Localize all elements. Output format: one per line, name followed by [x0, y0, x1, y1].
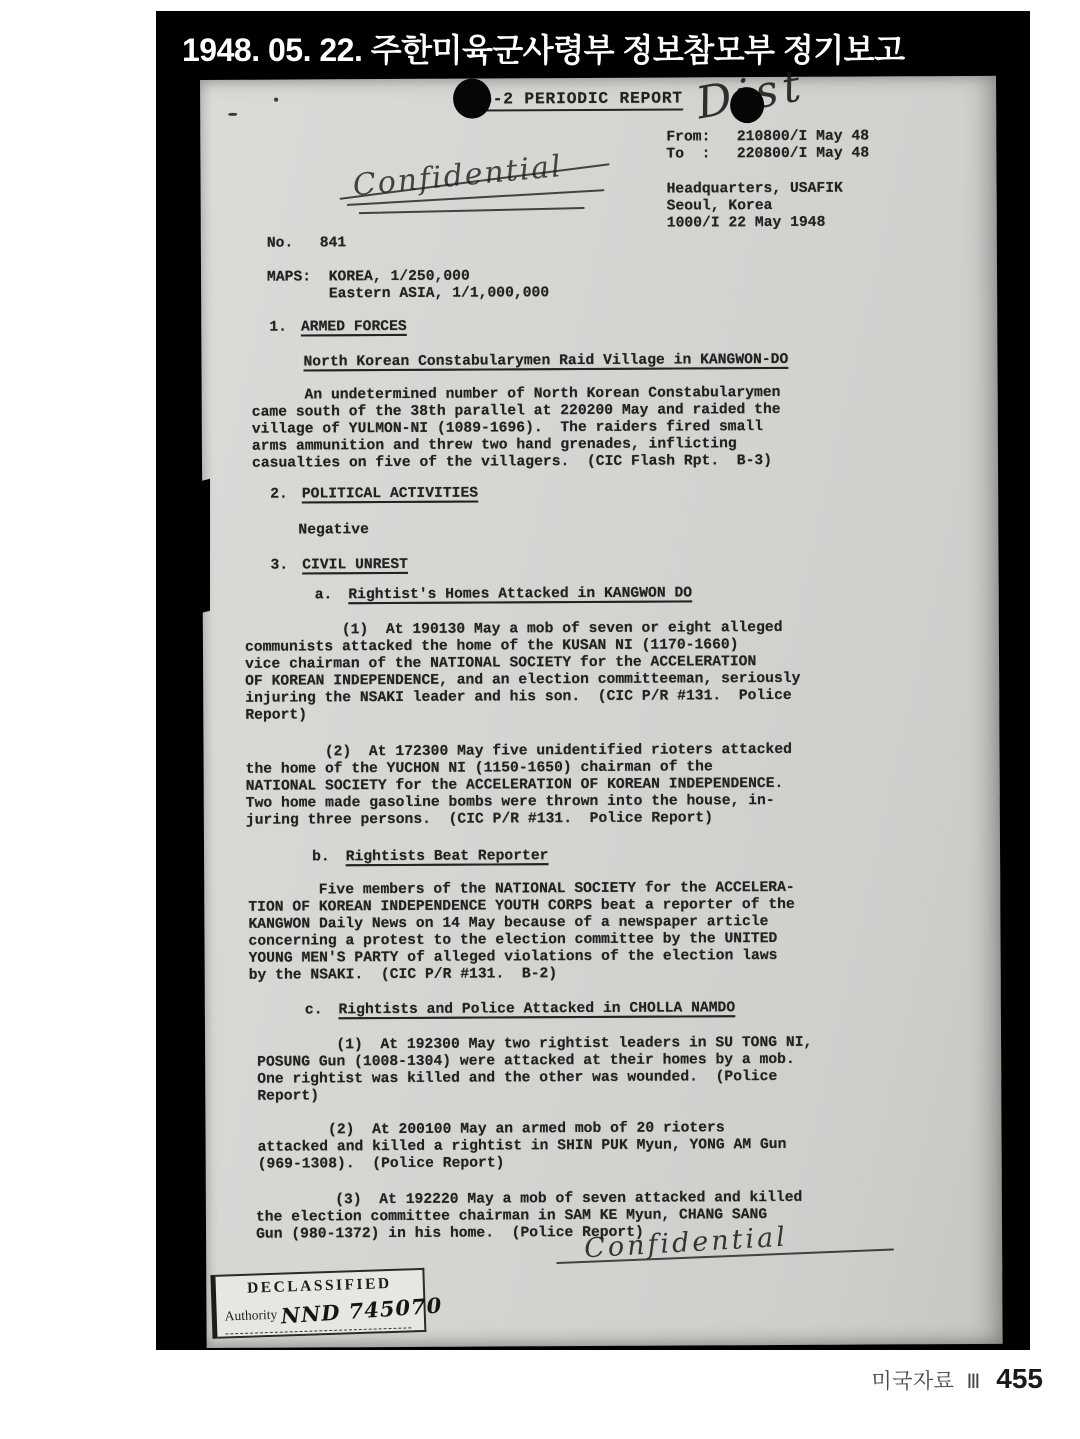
scan-area: 1948. 05. 22. 주한미육군사령부 정보참모부 정기보고 G-2 PE… — [156, 11, 1030, 1350]
subsection-a-paragraph-2: (2) At 172300 May five unidentified riot… — [245, 742, 792, 830]
section-3-heading: 3.CIVIL UNREST — [271, 557, 409, 575]
report-number: No. 841 — [267, 235, 346, 252]
subsection-title: Rightist's Homes Attacked in KANGWON DO — [348, 585, 692, 604]
subsection-a-paragraph-1: (1) At 190130 May a mob of seven or eigh… — [245, 620, 801, 725]
subsection-title: Rightists Beat Reporter — [346, 848, 549, 866]
section-2-heading: 2.POLITICAL ACTIVITIES — [270, 486, 478, 504]
page-footer: 미국자료 Ⅲ 455 — [871, 1363, 1043, 1395]
section-title: ARMED FORCES — [301, 319, 407, 337]
strike-line — [359, 207, 585, 214]
subsection-label: a. — [315, 587, 333, 604]
punch-hole-left — [453, 78, 491, 118]
paper-speck — [228, 113, 237, 116]
paper-speck — [274, 98, 278, 102]
stamp-authority-value-handwritten: NND 745070 — [280, 1293, 443, 1329]
stamp-authority-row: Authority NND 745070 — [224, 1294, 411, 1334]
subsection-label: b. — [312, 849, 330, 866]
stamp-authority-label: Authority — [225, 1307, 278, 1325]
declassified-stamp: DECLASSIFIED Authority NND 745070 — [210, 1268, 426, 1339]
page: { "colors": { "scan_background": "#00000… — [0, 0, 1080, 1439]
subsection-c-paragraph-2: (2) At 200100 May an armed mob of 20 rio… — [257, 1120, 786, 1174]
subsection-b-heading: b.Rightists Beat Reporter — [312, 848, 548, 866]
subsection-a-heading: a.Rightist's Homes Attacked in KANGWON D… — [315, 585, 692, 604]
report-headquarters: Headquarters, USAFIK Seoul, Korea 1000/I… — [667, 181, 844, 233]
subsection-b-paragraph: Five members of the NATIONAL SOCIETY for… — [248, 880, 795, 985]
report-maps: MAPS: KOREA, 1/250,000 Eastern ASIA, 1/1… — [267, 268, 549, 303]
punch-hole-right — [730, 87, 764, 123]
korean-header-title: 1948. 05. 22. 주한미육군사령부 정보참모부 정기보고 — [182, 25, 1002, 71]
section-title: POLITICAL ACTIVITIES — [302, 486, 478, 504]
report-period: From: 210800/I May 48 To : 220800/I May … — [666, 128, 869, 163]
footer-source-label: 미국자료 — [871, 1365, 954, 1395]
document-paper: G-2 PERIODIC REPORT Dist From: 210800/I … — [200, 76, 1003, 1348]
section-1-heading: 1.ARMED FORCES — [269, 319, 407, 337]
section-number: 3. — [271, 558, 289, 575]
armed-forces-subheading: North Korean Constabularymen Raid Villag… — [303, 352, 788, 372]
subsection-c-paragraph-1: (1) At 192300 May two rightist leaders i… — [257, 1035, 813, 1106]
footer-volume-numeral: Ⅲ — [966, 1369, 980, 1394]
footer-page-number: 455 — [996, 1363, 1043, 1395]
section-number: 1. — [269, 320, 287, 337]
section-2-body: Negative — [298, 522, 369, 539]
armed-forces-paragraph: An undetermined number of North Korean C… — [252, 385, 781, 473]
scan-edge-artifact — [192, 479, 210, 615]
subsection-label: c. — [305, 1002, 323, 1019]
section-number: 2. — [270, 487, 288, 504]
section-title: CIVIL UNREST — [302, 557, 408, 575]
subsection-title: Rightists and Police Attacked in CHOLLA … — [338, 1000, 735, 1019]
subsection-c-heading: c.Rightists and Police Attacked in CHOLL… — [305, 1000, 735, 1019]
report-title: G-2 PERIODIC REPORT — [482, 89, 683, 111]
